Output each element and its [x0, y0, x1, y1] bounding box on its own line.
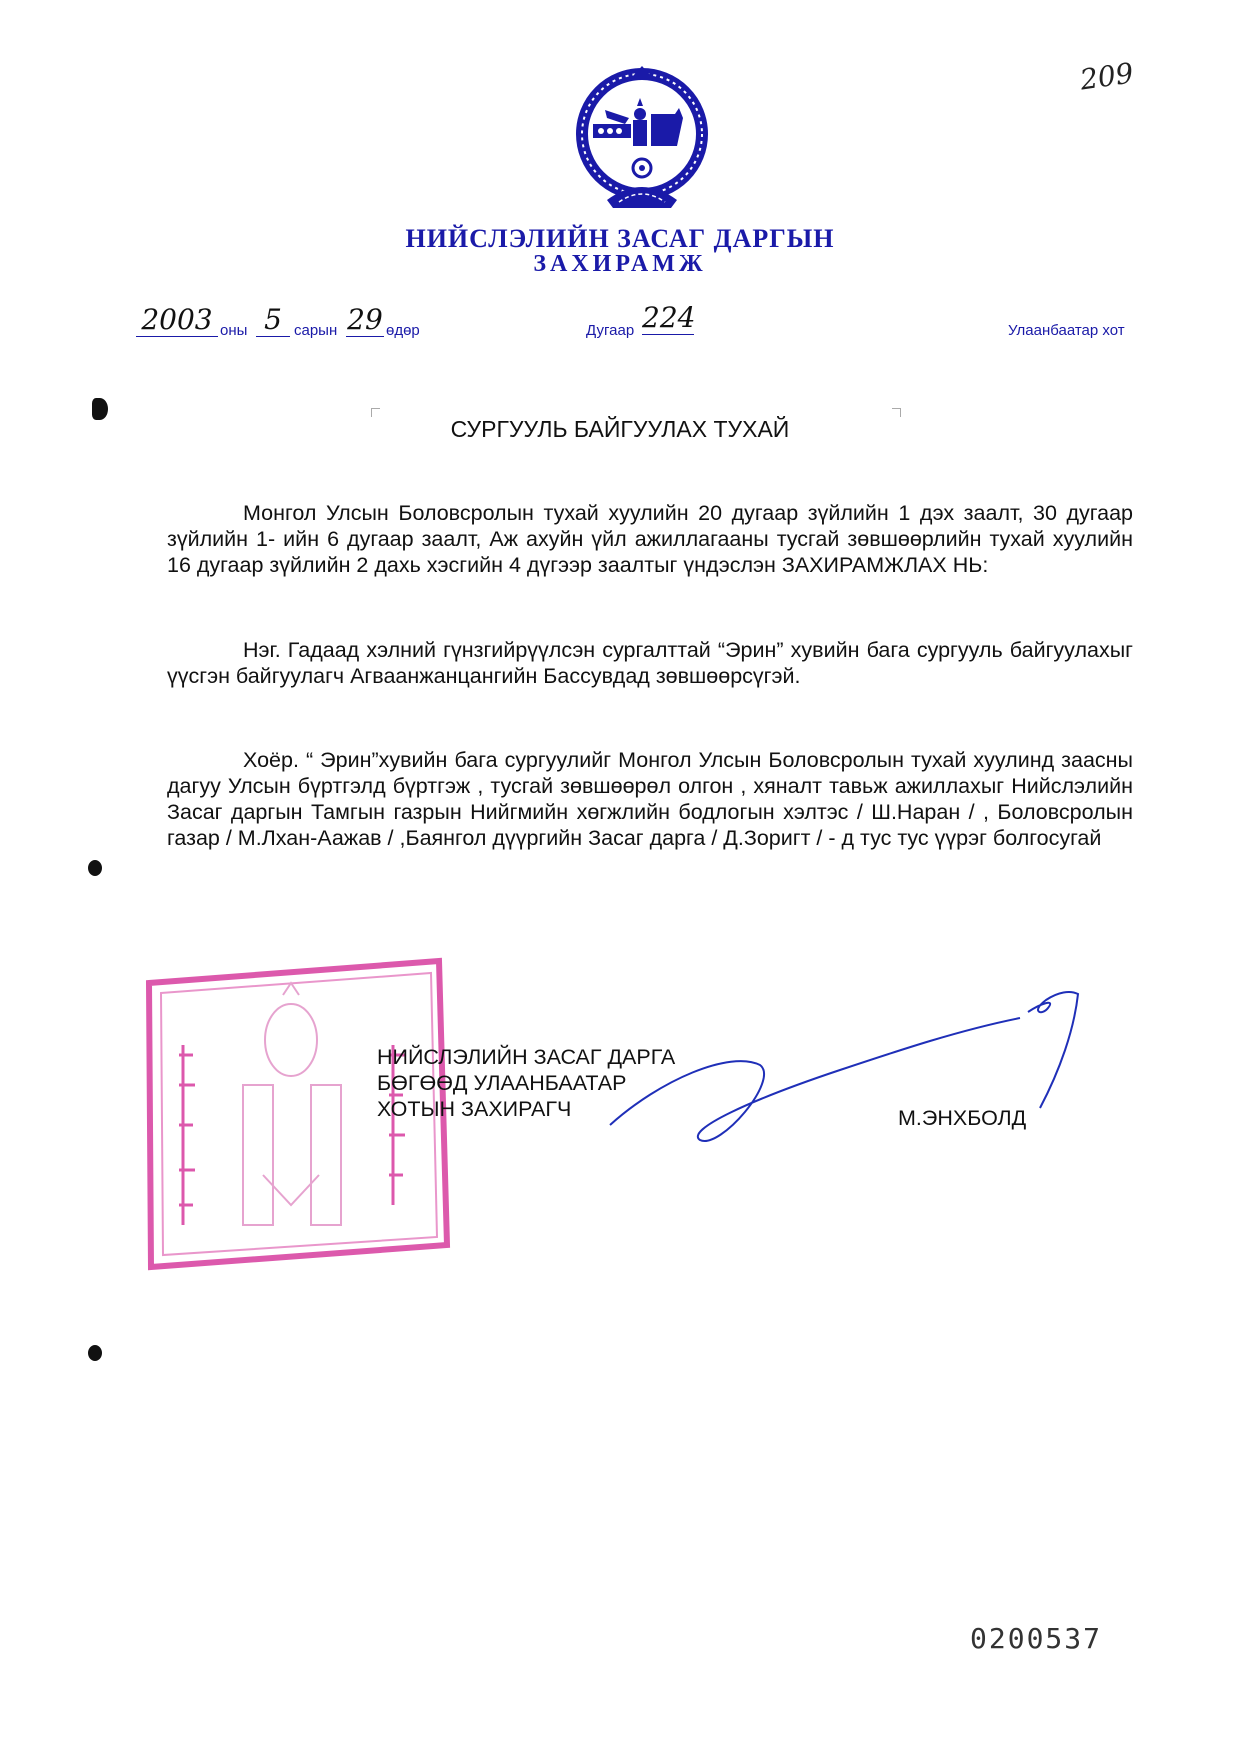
document-title: СУРГУУЛЬ БАЙГУУЛАХ ТУХАЙ — [0, 416, 1240, 443]
hole-punch-mark — [88, 1345, 102, 1361]
document-type-header: ЗАХИРАМЖ — [0, 251, 1240, 278]
date-year-field: 2003 — [136, 308, 218, 337]
year-label: оны — [220, 322, 247, 339]
day-label: өдөр — [386, 322, 420, 339]
paragraph-two: Хоёр. “ Эрин”хувийн бага сургуулийг Монг… — [167, 747, 1133, 851]
month-label: сарын — [294, 322, 337, 339]
date-month-field: 5 — [256, 308, 290, 337]
paragraph-preamble: Монгол Улсын Боловсролын тухай хуулийн 2… — [167, 500, 1133, 578]
handwritten-signature — [600, 990, 1140, 1170]
state-emblem-icon — [567, 62, 717, 212]
paragraph-one: Нэг. Гадаад хэлний гүнзгийрүүлсэн сургал… — [167, 637, 1133, 689]
decree-number-field: 224 — [642, 306, 694, 335]
serial-number: 0200537 — [970, 1622, 1102, 1655]
hole-punch-mark — [88, 860, 102, 876]
signer-name: М.ЭНХБОЛД — [898, 1106, 1026, 1131]
hole-punch-mark — [92, 398, 108, 420]
date-day-field: 29 — [346, 308, 384, 337]
issuer-header: НИЙСЛЭЛИЙН ЗАСАГ ДАРГЫН — [0, 224, 1240, 254]
number-label: Дугаар — [586, 322, 634, 339]
handwritten-page-number: 209 — [1078, 56, 1136, 96]
city-label: Улаанбаатар хот — [1008, 322, 1125, 339]
